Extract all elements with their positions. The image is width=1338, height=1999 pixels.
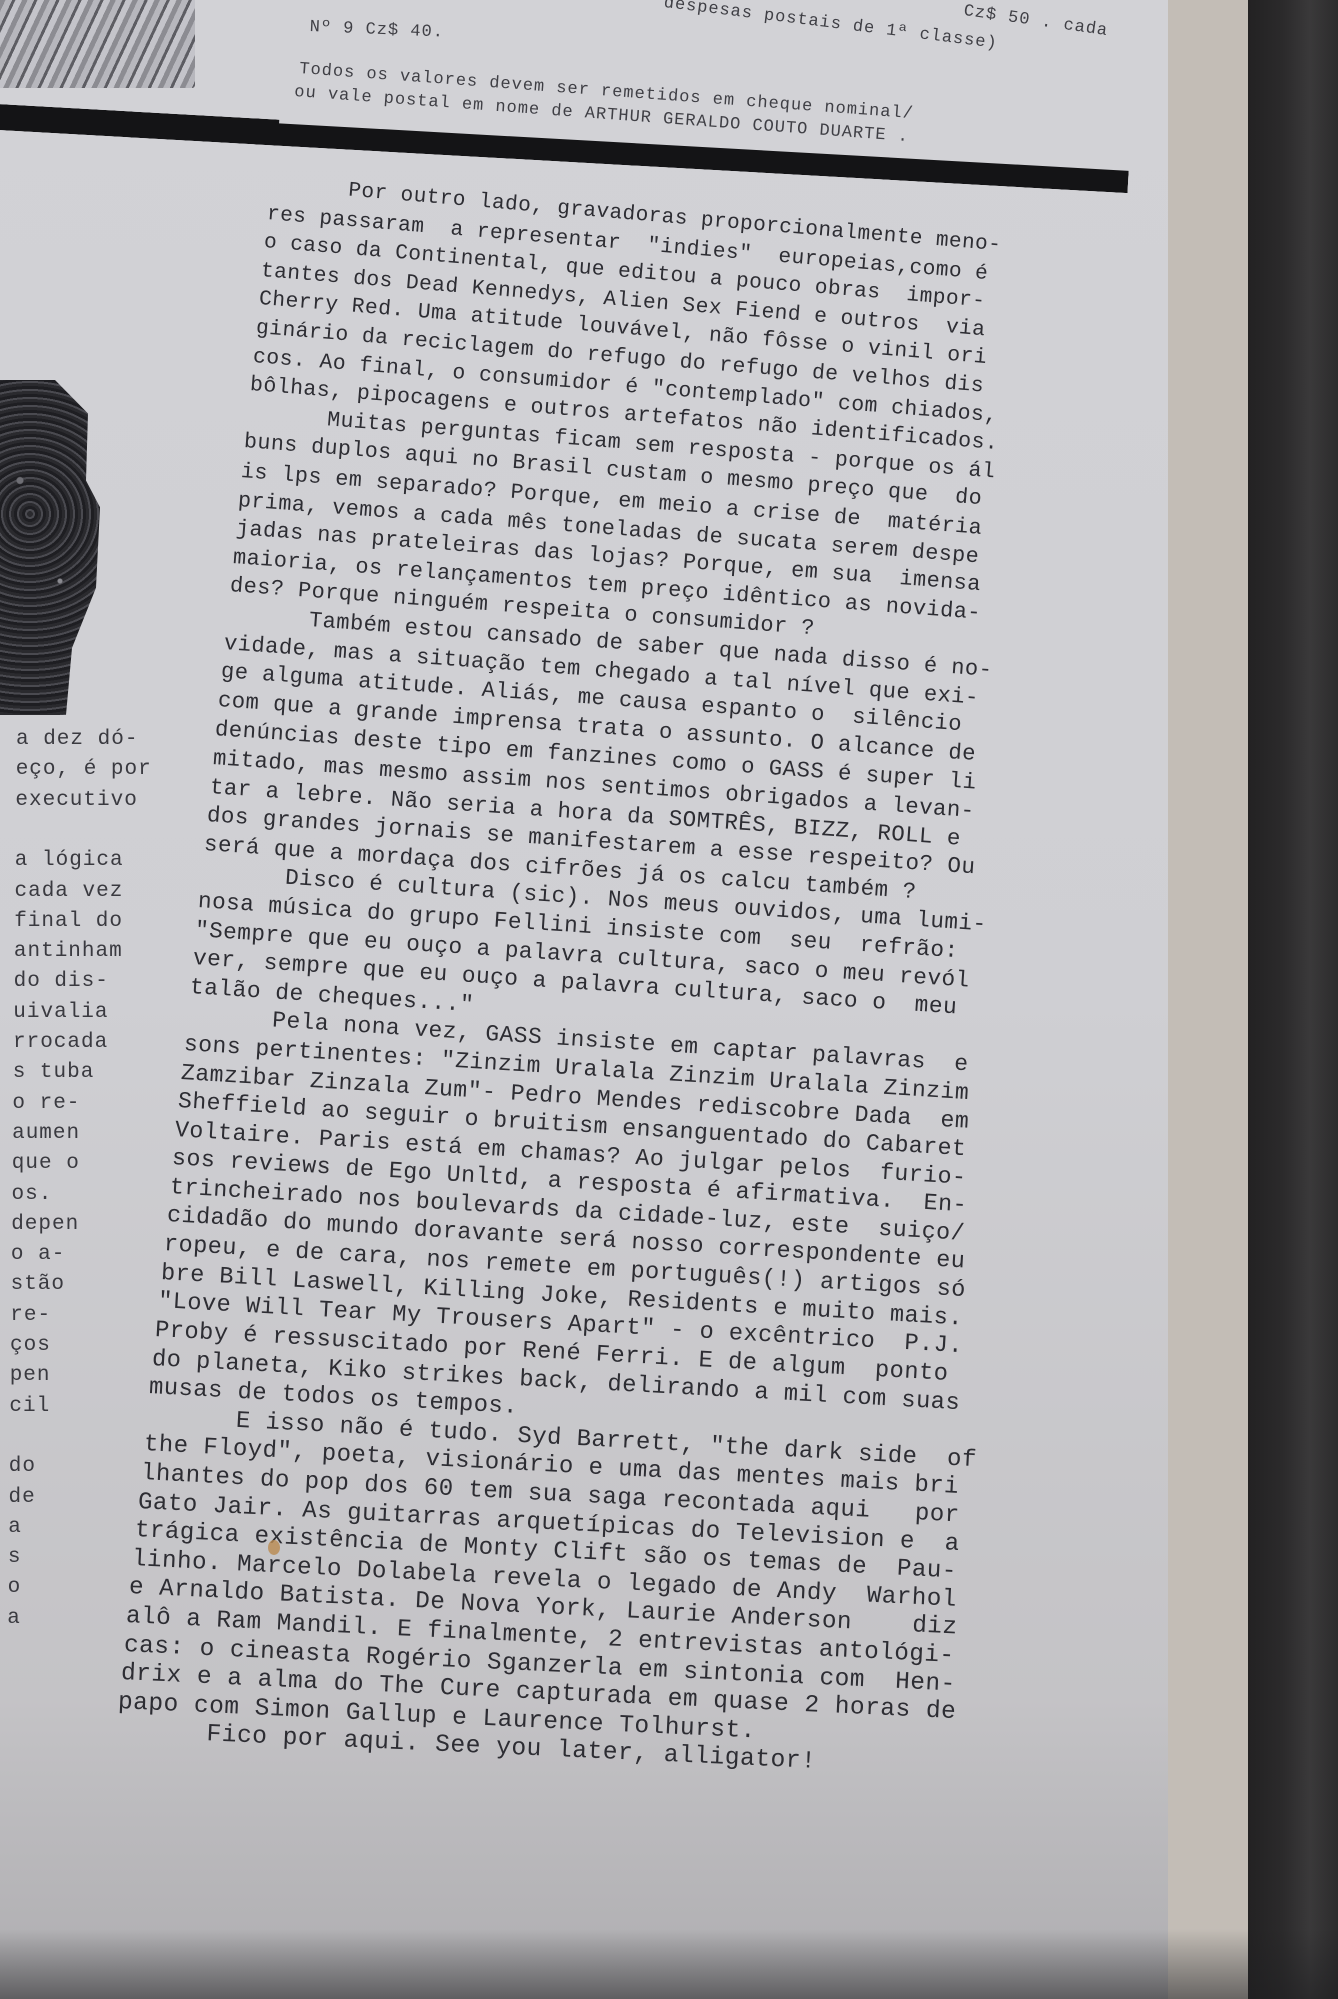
dark-background	[1245, 0, 1338, 1999]
left-column-fragment: o re-	[12, 1092, 80, 1115]
left-column-fragment: executivo	[15, 789, 137, 812]
left-column-fragment: uivalia	[13, 1001, 108, 1024]
left-column-fragment: antinham	[14, 940, 123, 963]
left-column-fragment: depen	[11, 1213, 79, 1236]
left-column-fragment: de	[9, 1486, 36, 1509]
paper-stain	[268, 1540, 280, 1555]
left-column-fragment: rrocada	[13, 1031, 108, 1054]
left-column-fragment: a	[8, 1516, 22, 1539]
left-column-fragment: s tuba	[13, 1061, 95, 1084]
left-column-fragment: eço, é por	[16, 758, 152, 781]
left-column-fragment: a lógica	[15, 849, 124, 872]
postage-note: despesas postais de 1ª classe)	[663, 0, 999, 54]
left-column-fragment: aumen	[12, 1122, 80, 1145]
left-column-fragment: o	[8, 1576, 22, 1599]
fanzine-page: Nº 9 Cz$ 40. Cz$ 50 . cada despesas post…	[0, 0, 1168, 1999]
halftone-illustration-top	[0, 0, 195, 88]
left-column-fragment: cada vez	[15, 880, 124, 903]
left-column-fragment: s	[8, 1546, 22, 1569]
left-column-fragment: final do	[14, 910, 123, 933]
left-column-fragment: a	[7, 1607, 21, 1630]
left-column-fragment: o a-	[11, 1243, 65, 1266]
left-column-fragment: que o	[12, 1152, 80, 1175]
left-column-fragment: do	[9, 1455, 36, 1478]
issue-price: Nº 9 Cz$ 40.	[309, 18, 444, 43]
left-column-fragment: cil	[9, 1395, 50, 1418]
left-column-fragment: do dis-	[14, 970, 109, 993]
bottom-shadow	[0, 1929, 1338, 1999]
left-column-fragment: os.	[12, 1183, 53, 1206]
left-column-fragment: stão	[11, 1273, 65, 1296]
halftone-photo-left	[0, 380, 100, 715]
left-column-fragment: a dez dó-	[16, 728, 138, 751]
page-edge	[1165, 0, 1248, 1999]
left-column-fragment: ços	[10, 1334, 51, 1357]
left-column-fragment: re-	[10, 1304, 51, 1327]
left-column-fragment: pen	[10, 1364, 51, 1387]
